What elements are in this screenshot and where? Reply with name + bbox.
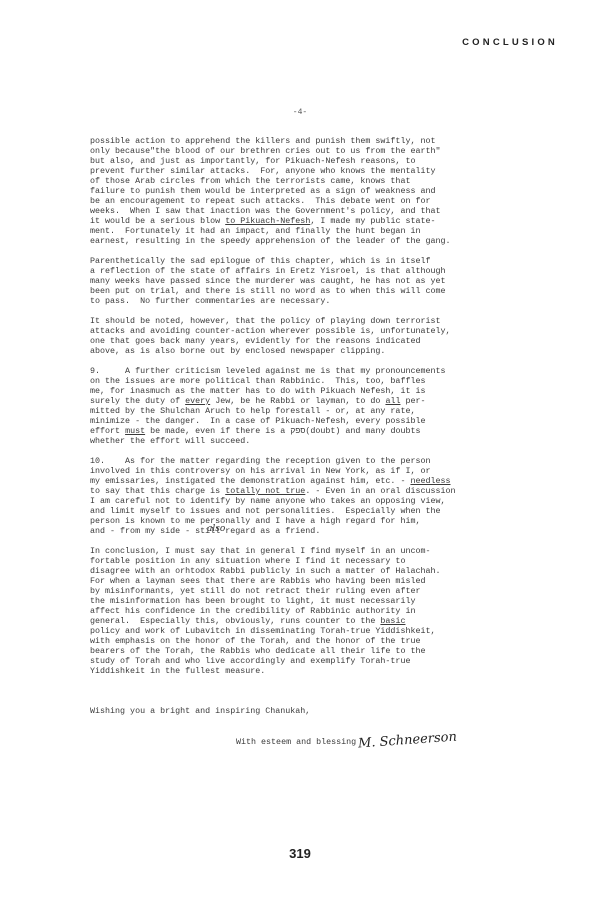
text-line: weeks. When I saw that inaction was the …: [90, 206, 530, 216]
text-line: only because"the blood of our brethren c…: [90, 146, 530, 156]
text-line: with emphasis on the honor of the Torah,…: [90, 636, 530, 646]
text-line: many weeks have passed since the murdere…: [90, 276, 530, 286]
paragraph-pikuach-nefesh-action: possible action to apprehend the killers…: [90, 136, 530, 246]
text-line: It should be noted, however, that the po…: [90, 316, 530, 326]
text-line: minimize - the danger. In a case of Piku…: [90, 416, 530, 426]
text-line: bearers of the Torah, the Rabbis who ded…: [90, 646, 530, 656]
text-line: study of Torah and who live accordingly …: [90, 656, 530, 666]
handwritten-insert: also: [207, 524, 225, 534]
text-line: to say that this charge is totally not t…: [90, 486, 530, 496]
paragraph-point-9: 9. A further criticism leveled against m…: [90, 366, 530, 446]
text-line: person is known to me personally and I h…: [90, 516, 530, 526]
closing-wish: Wishing you a bright and inspiring Chanu…: [90, 706, 530, 716]
section-header: CONCLUSION: [462, 37, 558, 48]
text-line: and limit myself to issues and not perso…: [90, 506, 530, 516]
letter-page-marker: -4-: [0, 108, 600, 117]
text-line: attacks and avoiding counter-action wher…: [90, 326, 530, 336]
text-line: the misinformation has been brought to l…: [90, 596, 530, 606]
text-line: by misinformants, yet still do not retra…: [90, 586, 530, 596]
text-line: and - from my side - still regard as a f…: [90, 526, 530, 536]
paragraph-policy-note: It should be noted, however, that the po…: [90, 316, 530, 356]
text-line: possible action to apprehend the killers…: [90, 136, 530, 146]
text-line: on the issues are more political than Ra…: [90, 376, 530, 386]
page-number: 319: [0, 846, 600, 861]
text-line: my emissaries, instigated the demonstrat…: [90, 476, 530, 486]
text-line: it would be a serious blow to Pikuach-Ne…: [90, 216, 530, 226]
text-line: above, as is also borne out by enclosed …: [90, 346, 530, 356]
text-line: In conclusion, I must say that in genera…: [90, 546, 530, 556]
text-line: mitted by the Shulchan Aruch to help for…: [90, 406, 530, 416]
text-line: For when a layman sees that there are Ra…: [90, 576, 530, 586]
closing-block: Wishing you a bright and inspiring Chanu…: [90, 686, 530, 778]
text-line: involved in this controversy on his arri…: [90, 466, 530, 476]
text-line: disagree with an orhtodox Rabbi publicly…: [90, 566, 530, 576]
paragraph-epilogue: Parenthetically the sad epilogue of this…: [90, 256, 530, 306]
paragraph-in-conclusion: In conclusion, I must say that in genera…: [90, 546, 530, 676]
text-line: effort must be made, even if there is a …: [90, 426, 530, 436]
text-line: Parenthetically the sad epilogue of this…: [90, 256, 530, 266]
text-line: Yiddishkeit in the fullest measure.: [90, 666, 530, 676]
text-line: surely the duty of every Jew, be he Rabb…: [90, 396, 530, 406]
text-line: to pass. No further commentaries are nec…: [90, 296, 530, 306]
text-line: but also, and just as importantly, for P…: [90, 156, 530, 166]
text-line: prevent further similar attacks. For, an…: [90, 166, 530, 176]
text-line: me, for inasmuch as the matter has to do…: [90, 386, 530, 396]
text-line: general. Especially this, obviously, run…: [90, 616, 530, 626]
text-line: be an encouragement to repeat such attac…: [90, 196, 530, 206]
text-line: policy and work of Lubavitch in dissemin…: [90, 626, 530, 636]
closing-salutation-line: With esteem and blessingM. Schneerson: [90, 736, 530, 758]
text-line: affect his confidence in the credibility…: [90, 606, 530, 616]
text-line: 9. A further criticism leveled against m…: [90, 366, 530, 376]
text-line: whether the effort will succeed.: [90, 436, 530, 446]
text-line: a reflection of the state of affairs in …: [90, 266, 530, 276]
text-line: one that goes back many years, evidently…: [90, 336, 530, 346]
signature: M. Schneerson: [358, 733, 457, 750]
closing-salutation: With esteem and blessing: [236, 737, 356, 747]
text-line: ment. Fortunately it had an impact, and …: [90, 226, 530, 236]
text-line: 10. As for the matter regarding the rece…: [90, 456, 530, 466]
text-line: earnest, resulting in the speedy apprehe…: [90, 236, 530, 246]
letter-body: possible action to apprehend the killers…: [90, 136, 530, 778]
text-line: of those Arab circles from which the ter…: [90, 176, 530, 186]
text-line: been put on trial, and there is still no…: [90, 286, 530, 296]
paragraph-point-10: 10. As for the matter regarding the rece…: [90, 456, 530, 536]
text-line: I am careful not to identify by name any…: [90, 496, 530, 506]
text-line: fortable position in any situation where…: [90, 556, 530, 566]
text-line: failure to punish them would be interpre…: [90, 186, 530, 196]
